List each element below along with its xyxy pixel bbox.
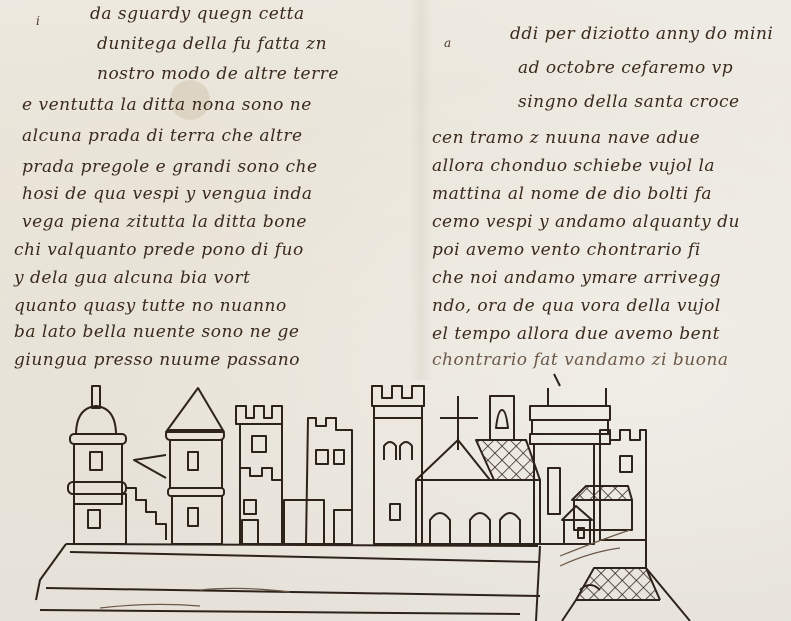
water-lines <box>100 530 630 608</box>
crenellated-tower <box>284 418 352 544</box>
city-wall <box>36 544 540 621</box>
crenellated-tower <box>236 406 282 544</box>
harbor-building <box>562 540 690 621</box>
gated-tower <box>530 374 610 544</box>
church-with-cross <box>416 396 540 544</box>
bell-tower <box>490 396 514 440</box>
hatched-houses <box>562 486 632 544</box>
stair-wall <box>126 488 166 540</box>
pointed-roof-tower <box>134 388 224 544</box>
domed-tower <box>68 386 126 544</box>
city-illustration <box>0 0 791 621</box>
